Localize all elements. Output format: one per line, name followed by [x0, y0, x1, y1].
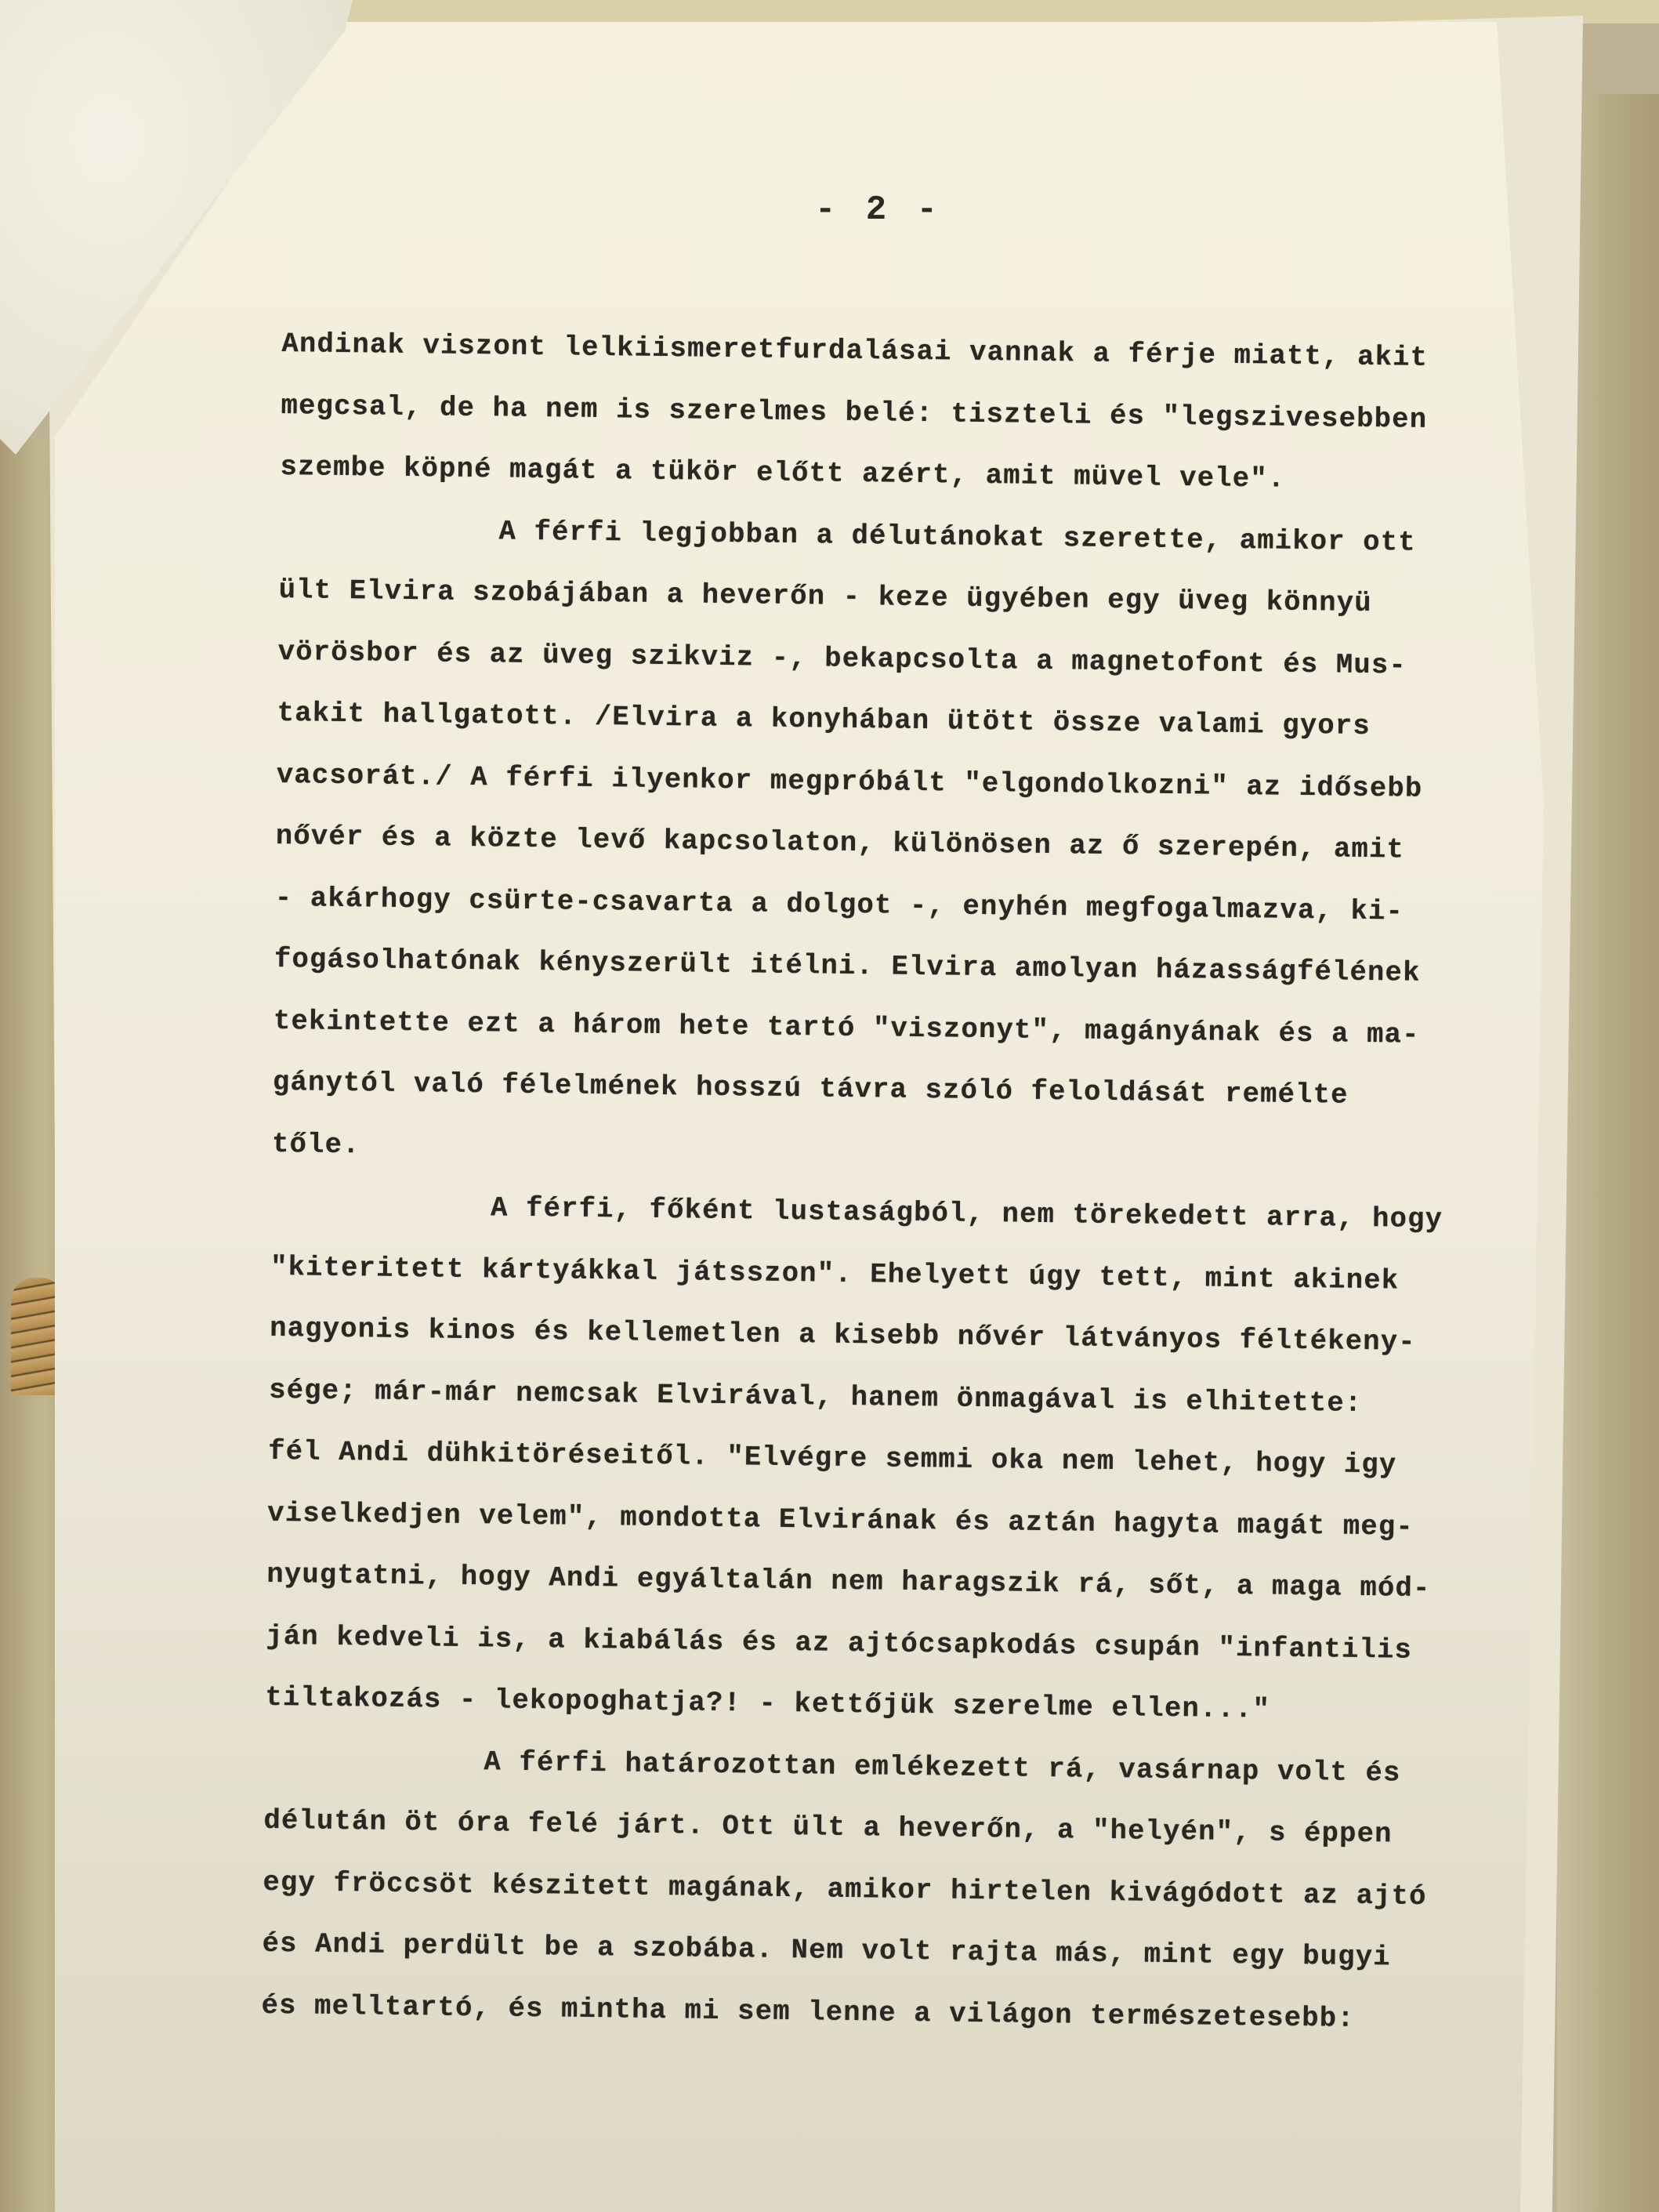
paragraph: A férfi legjobban a délutánokat szerette…: [272, 498, 1565, 1190]
typewritten-page: - 2 - Andinak viszont lelkiismeretfurdal…: [55, 22, 1579, 2212]
body-text: Andinak viszont lelkiismeretfurdalásai v…: [261, 314, 1567, 2052]
page-number: - 2 -: [815, 190, 942, 230]
paragraph: Andinak viszont lelkiismeretfurdalásai v…: [280, 314, 1567, 514]
paragraph: A férfi határozottan emlékezett rá, vasá…: [261, 1728, 1550, 2052]
paragraph: A férfi, főként lustaságból, nem töreked…: [265, 1175, 1557, 1744]
